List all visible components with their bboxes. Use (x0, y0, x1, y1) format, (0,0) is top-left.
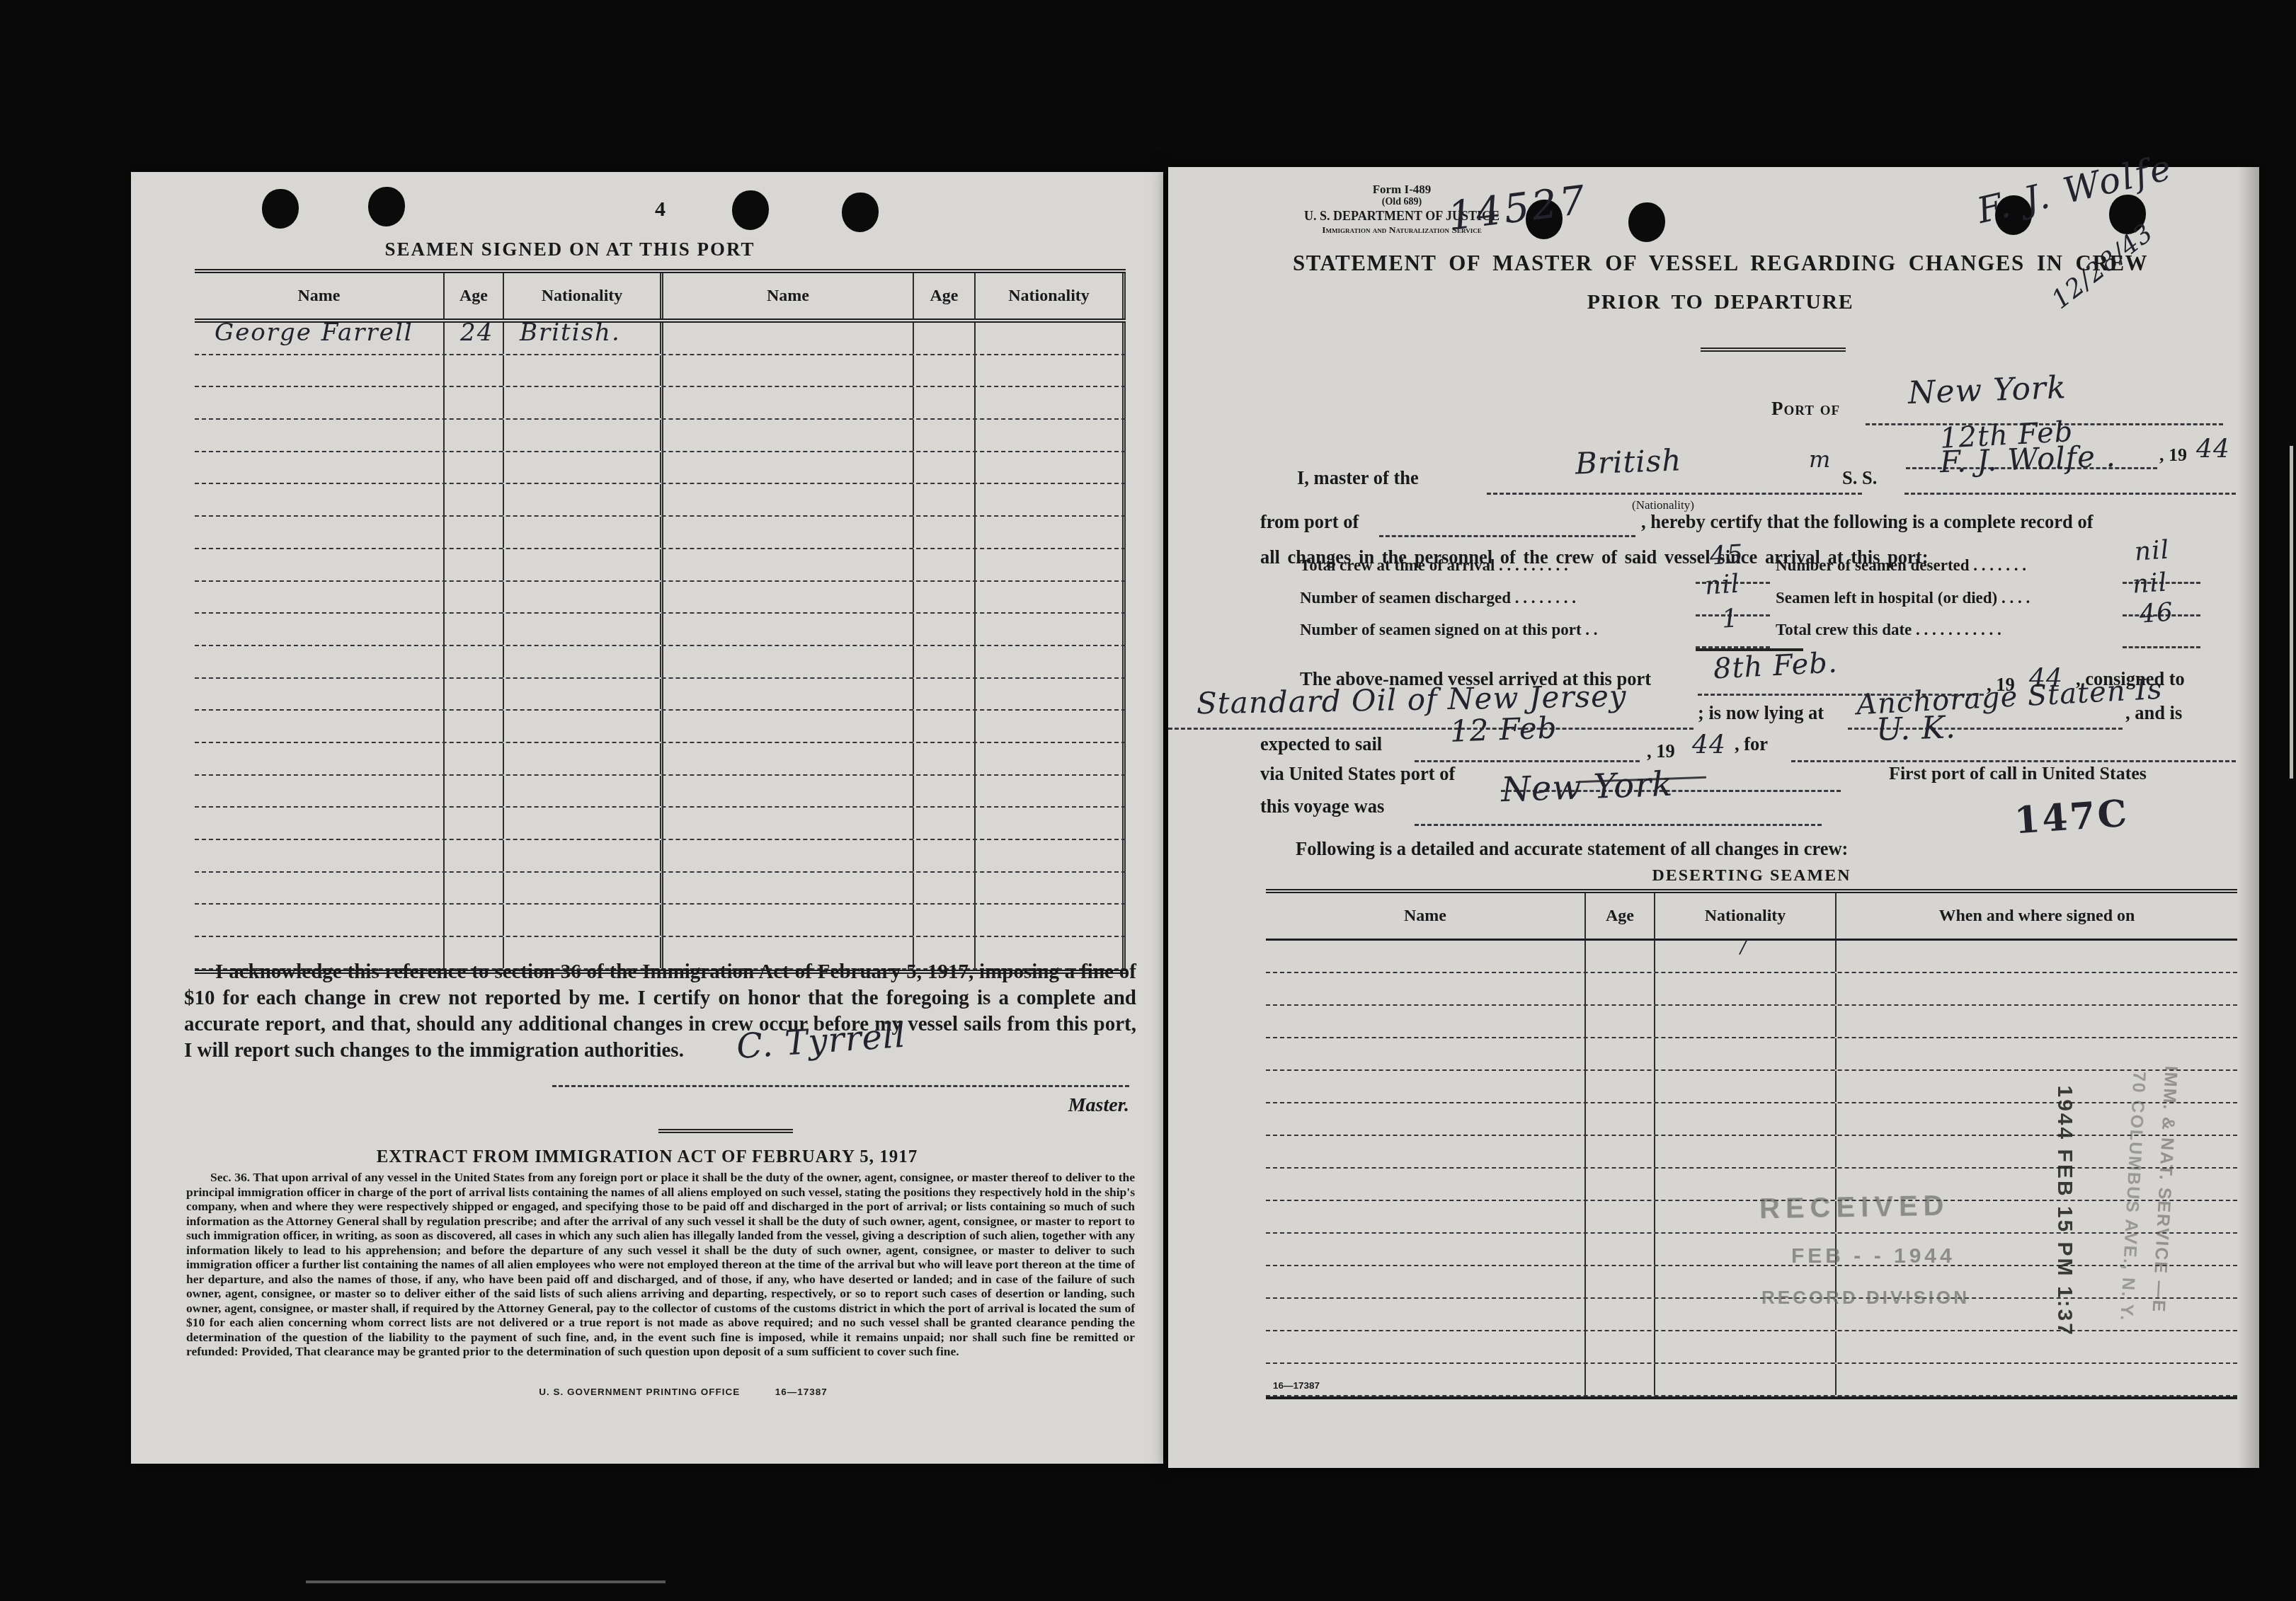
table-cell (914, 711, 976, 742)
table-cell (976, 905, 1126, 936)
port-of-handwriting: New York (1907, 369, 2067, 411)
table-cell (1586, 1266, 1655, 1297)
top-right-name-handwriting: F. J. Wolfe (1973, 147, 2177, 231)
table-cell (914, 420, 976, 451)
table-cell (976, 355, 1126, 386)
table-cell (195, 452, 445, 483)
voyage-line (1415, 824, 1822, 826)
table-cell (195, 905, 445, 936)
master-of-label: I, master of the (1297, 467, 1419, 489)
table-cell (195, 582, 445, 613)
column-header-age-2: Age (914, 273, 976, 319)
table-cell (1837, 1038, 2237, 1069)
column-header-name: Name (195, 273, 445, 319)
table-cell (976, 743, 1126, 774)
table-cell (663, 776, 914, 807)
column-header-nationality-2: Nationality (976, 273, 1126, 319)
table-cell (445, 873, 504, 904)
table-cell (1586, 1169, 1655, 1200)
stat-value-handwriting: 46 (2139, 597, 2175, 629)
table-cell (914, 614, 976, 645)
table-cell (445, 679, 504, 710)
table-cell (445, 452, 504, 483)
following-statement-text: Following is a detailed and accurate sta… (1296, 838, 1848, 860)
column-header-nationality: Nationality (504, 273, 663, 319)
table-cell (1586, 1234, 1655, 1265)
table-row (1266, 1103, 2237, 1136)
nationality-line (1487, 493, 1862, 495)
table-row (195, 840, 1126, 873)
table-cell (976, 484, 1126, 515)
scanned-document: 4 SEAMEN SIGNED ON AT THIS PORT Name Age… (0, 0, 2296, 1601)
table-cell (1837, 1006, 2237, 1037)
table-row (1266, 1136, 2237, 1169)
table-cell (504, 873, 663, 904)
table-cell (504, 905, 663, 936)
table-row (195, 646, 1126, 679)
extract-heading: EXTRACT FROM IMMIGRATION ACT OF FEBRUARY… (131, 1147, 1163, 1167)
table-cell (504, 549, 663, 580)
table-cell (1655, 1038, 1837, 1069)
table-cell (1655, 1364, 1837, 1395)
sail-date-handwriting: 12 Feb (1449, 710, 1558, 748)
consignee-line (1168, 728, 1694, 730)
table-cell (1266, 1169, 1586, 1200)
destination-line (1791, 760, 2236, 762)
table-row (195, 420, 1126, 452)
table-cell (663, 840, 914, 871)
table-cell (914, 387, 976, 418)
table-cell (445, 484, 504, 515)
table-cell (1266, 1331, 1586, 1362)
table-cell (445, 420, 504, 451)
left-page-title: SEAMEN SIGNED ON AT THIS PORT (216, 239, 924, 260)
received-stamp-line1: RECEIVED (1759, 1190, 1950, 1226)
table-cell (976, 517, 1126, 548)
table-row (1266, 1169, 2237, 1201)
table-cell (1655, 1331, 1837, 1362)
table-row (195, 711, 1126, 743)
table-cell (504, 582, 663, 613)
for-label: , for (1735, 733, 1768, 755)
stat-value-handwriting: 45 (1709, 539, 1745, 570)
form-title-line2: PRIOR TO DEPARTURE (1218, 290, 2223, 314)
table-row (1266, 1201, 2237, 1234)
table-cell: 24 (445, 323, 504, 354)
table-cell (195, 420, 445, 451)
table-cell (445, 840, 504, 871)
table-cell (1586, 1038, 1655, 1069)
table-cell (976, 582, 1126, 613)
table-row (195, 905, 1126, 937)
table-cell (976, 840, 1126, 871)
table-cell (1266, 973, 1586, 1004)
from-port-label: from port of (1260, 511, 1359, 533)
section-divider (658, 1129, 793, 1133)
table-cell (663, 582, 914, 613)
table-cell (445, 549, 504, 580)
table-cell (663, 873, 914, 904)
column-header-signed-on: When and where signed on (1837, 893, 2237, 939)
table-cell (914, 905, 976, 936)
table-cell (976, 387, 1126, 418)
voyage-label: this voyage was (1260, 796, 1384, 817)
table-cell (1586, 1299, 1655, 1330)
table-cell (445, 517, 504, 548)
first-port-handwriting: New York (1500, 764, 1674, 810)
table-cell (195, 484, 445, 515)
column-header-age: Age (445, 273, 504, 319)
table-cell (504, 484, 663, 515)
stat-label: Number of seamen deserted . . . . . . . (1776, 556, 2026, 575)
table-cell (1266, 1038, 1586, 1069)
page-number: 4 (655, 197, 666, 222)
consignee-handwriting: Standard Oil of New Jersey (1196, 679, 1627, 721)
table-row (1266, 1299, 2237, 1331)
table-cell (445, 355, 504, 386)
table-cell (1586, 973, 1655, 1004)
year-prefix: , 19 (2159, 444, 2187, 466)
certify-text: , hereby certify that the following is a… (1641, 511, 2094, 533)
table-cell (1655, 973, 1837, 1004)
table-header-row: Name Age Nationality When and where sign… (1266, 893, 2237, 941)
table-cell (195, 646, 445, 677)
table-cell (663, 549, 914, 580)
table-cell (1586, 1201, 1655, 1232)
table-cell (504, 711, 663, 742)
table-cell (445, 711, 504, 742)
table-cell (1837, 941, 2237, 972)
column-header-nationality: Nationality (1655, 893, 1837, 939)
table-cell (663, 517, 914, 548)
received-stamp-line2: FEB - - 1944 (1791, 1244, 1955, 1268)
table-cell (663, 484, 914, 515)
table-cell (976, 420, 1126, 451)
table-cell (504, 808, 663, 839)
table-cell (1837, 1331, 2237, 1362)
table-cell (195, 355, 445, 386)
year-handwriting: 44 (2196, 435, 2230, 464)
column-header-age: Age (1586, 893, 1655, 939)
sail-date-line (1415, 760, 1640, 762)
table-cell: George Farrell (195, 323, 445, 354)
table-cell (1586, 1006, 1655, 1037)
table-row (1266, 1006, 2237, 1038)
table-row: / (1266, 941, 2237, 973)
sail-year-handwriting: 44 (1692, 730, 1726, 759)
code-147c-handwriting: 147C (2013, 791, 2130, 842)
scan-artifact (306, 1580, 666, 1583)
table-cell (195, 614, 445, 645)
table-row: George Farrell24British. (195, 323, 1126, 355)
table-cell (1837, 1364, 2237, 1395)
table-cell (914, 582, 976, 613)
signature-line (552, 1085, 1129, 1087)
table-cell (445, 614, 504, 645)
table-cell (1586, 941, 1655, 972)
table-cell (663, 387, 914, 418)
table-cell (504, 387, 663, 418)
table-row (195, 355, 1126, 388)
stat-value-handwriting: 1 (1721, 604, 1740, 634)
table-cell (1266, 1201, 1586, 1232)
page-edge-shadow (2238, 167, 2259, 1468)
table-cell (1266, 1299, 1586, 1330)
table-cell (914, 549, 976, 580)
table-row (1266, 1038, 2237, 1071)
table-cell (1266, 1071, 1586, 1102)
column-header-name: Name (1266, 893, 1586, 939)
table-cell (1655, 1071, 1837, 1102)
lying-at-label: ; is now lying at (1698, 702, 1824, 724)
table-row (195, 549, 1126, 582)
table-row (195, 614, 1126, 646)
table-cell (1266, 1103, 1586, 1135)
table-row (195, 484, 1126, 517)
table-cell: British. (504, 323, 663, 354)
table-row (195, 776, 1126, 808)
table-row (195, 873, 1126, 905)
table-cell (976, 549, 1126, 580)
title-underline (1701, 348, 1846, 352)
table-cell (663, 808, 914, 839)
table-cell (1266, 941, 1586, 972)
table-cell (914, 873, 976, 904)
table-cell (1586, 1103, 1655, 1135)
first-port-label: First port of call in United States (1889, 763, 2147, 784)
table-cell (195, 517, 445, 548)
table-cell (914, 743, 976, 774)
table-cell (914, 776, 976, 807)
punch-hole (262, 189, 299, 229)
nationality-handwriting: British (1575, 442, 1682, 481)
table-cell (663, 711, 914, 742)
deserting-seamen-heading: DESERTING SEAMEN (1266, 866, 2237, 885)
vessel-line (1904, 493, 2236, 495)
table-row (1266, 1331, 2237, 1364)
table-body: / (1266, 941, 2237, 1399)
table-cell (976, 452, 1126, 483)
nationality-sublabel: (Nationality) (1632, 498, 1694, 512)
sail-year-prefix: , 19 (1647, 740, 1675, 762)
table-cell (663, 452, 914, 483)
table-cell (504, 646, 663, 677)
table-cell (663, 614, 914, 645)
table-cell (504, 743, 663, 774)
table-cell (445, 582, 504, 613)
table-row (1266, 1364, 2237, 1396)
table-row (1266, 1071, 2237, 1103)
table-cell (445, 905, 504, 936)
punch-hole (1628, 202, 1665, 242)
right-page: Form I-489 (Old 689) U. S. DEPARTMENT OF… (1168, 167, 2259, 1468)
table-cell (195, 743, 445, 774)
printing-office-footer: U. S. GOVERNMENT PRINTING OFFICE 16—1738… (435, 1387, 931, 1397)
table-cell (445, 808, 504, 839)
punch-hole (732, 190, 769, 230)
scan-artifact (2290, 446, 2293, 779)
table-cell (504, 355, 663, 386)
table-cell (445, 646, 504, 677)
table-cell (1266, 1234, 1586, 1265)
acknowledgment-paragraph: I acknowledge this reference to section … (184, 959, 1136, 1064)
stat-label: Number of seamen discharged . . . . . . … (1300, 589, 1576, 607)
deserting-seamen-table: Name Age Nationality When and where sign… (1266, 889, 2237, 1399)
table-cell (1266, 1266, 1586, 1297)
form-title-line1: STATEMENT OF MASTER OF VESSEL REGARDING … (1218, 251, 2223, 276)
vessel-name-handwriting: F. J. Wolfe . (1939, 439, 2116, 480)
table-cell (976, 614, 1126, 645)
table-cell (195, 679, 445, 710)
table-cell (976, 711, 1126, 742)
table-header-row: Name Age Nationality Name Age Nationalit… (195, 273, 1126, 323)
expected-sail-label: expected to sail (1260, 733, 1382, 755)
table-cell (504, 776, 663, 807)
stat-value-handwriting: nil (2134, 535, 2171, 566)
table-cell: / (1655, 941, 1837, 972)
table-cell (195, 711, 445, 742)
table-cell (1266, 1006, 1586, 1037)
table-cell (663, 679, 914, 710)
table-cell (914, 808, 976, 839)
table-cell (976, 776, 1126, 807)
column-header-name-2: Name (663, 273, 914, 319)
table-cell (1586, 1071, 1655, 1102)
table-cell (914, 484, 976, 515)
table-cell (663, 743, 914, 774)
table-body: George Farrell24British. (195, 323, 1126, 974)
table-cell (914, 646, 976, 677)
table-cell (445, 387, 504, 418)
table-cell (195, 776, 445, 807)
table-cell (1586, 1364, 1655, 1395)
arrival-date-handwriting: 8th Feb. (1713, 646, 1839, 685)
table-row (1266, 973, 2237, 1006)
table-cell (195, 873, 445, 904)
punch-hole (368, 187, 405, 226)
seamen-signed-on-table: Name Age Nationality Name Age Nationalit… (195, 269, 1126, 974)
table-cell (914, 679, 976, 710)
entry-age-handwriting: 24 (460, 319, 493, 347)
printing-office-label: U. S. GOVERNMENT PRINTING OFFICE (539, 1387, 740, 1397)
table-row (1266, 1266, 2237, 1299)
table-cell (1655, 1006, 1837, 1037)
table-cell (976, 679, 1126, 710)
table-cell (1655, 1103, 1837, 1135)
table-cell (976, 323, 1126, 354)
table-cell (195, 549, 445, 580)
table-row (195, 517, 1126, 549)
table-row (195, 808, 1126, 840)
row-mark-handwriting: / (1740, 936, 1748, 958)
table-cell (1586, 1136, 1655, 1167)
time-received-stamp: 1944 FEB 15 PM 1:37 (2052, 1086, 2077, 1351)
and-is-label: , and is (2125, 702, 2182, 724)
entry-name-handwriting: George Farrell (215, 319, 413, 347)
table-cell (976, 873, 1126, 904)
from-port-line-rule (1379, 535, 1635, 537)
table-cell (914, 323, 976, 354)
table-cell (1266, 1136, 1586, 1167)
table-cell (504, 679, 663, 710)
entry-nationality-handwriting: British. (520, 319, 621, 347)
table-cell (976, 646, 1126, 677)
table-cell (663, 646, 914, 677)
stat-label: Total crew at time of arrival . . . . . … (1300, 556, 1568, 575)
table-cell (1655, 1136, 1837, 1167)
table-row (195, 582, 1126, 614)
table-cell (663, 355, 914, 386)
table-cell (195, 387, 445, 418)
left-page: 4 SEAMEN SIGNED ON AT THIS PORT Name Age… (131, 172, 1163, 1464)
table-row (1266, 1234, 2237, 1266)
stat-value-line (2123, 646, 2200, 648)
received-stamp-line3: RECORD DIVISION (1761, 1287, 1970, 1309)
stat-label: Number of seamen signed on at this port … (1300, 621, 1598, 639)
table-cell (504, 614, 663, 645)
sec36-paragraph: Sec. 36. That upon arrival of any vessel… (186, 1170, 1135, 1359)
table-row (195, 743, 1126, 776)
table-row (195, 452, 1126, 485)
table-cell (663, 905, 914, 936)
table-cell (504, 420, 663, 451)
form-number-footer: 16—17387 (1273, 1380, 1320, 1391)
stat-label: Total crew this date . . . . . . . . . .… (1776, 621, 2001, 639)
punch-hole (842, 193, 879, 232)
form-number: 16—17387 (775, 1387, 828, 1397)
table-cell (445, 743, 504, 774)
ms-correction-handwriting: m (1809, 446, 1831, 473)
table-cell (195, 840, 445, 871)
table-cell (663, 420, 914, 451)
table-cell (504, 452, 663, 483)
table-cell (914, 840, 976, 871)
table-cell (195, 808, 445, 839)
table-cell (663, 323, 914, 354)
destination-handwriting: U. K. (1875, 709, 1957, 748)
table-row (195, 387, 1126, 420)
stat-label: Seamen left in hospital (or died) . . . … (1776, 589, 2030, 607)
stat-value-handwriting: nil (2132, 568, 2169, 599)
via-port-label: via United States port of (1260, 763, 1455, 785)
stat-value-handwriting: nil (1704, 569, 1741, 600)
table-cell (445, 776, 504, 807)
ss-label: S. S. (1842, 467, 1877, 489)
table-cell (914, 452, 976, 483)
port-of-label: Port of (1771, 398, 1840, 420)
table-cell (914, 355, 976, 386)
table-cell (914, 517, 976, 548)
table-cell (504, 517, 663, 548)
table-cell (504, 840, 663, 871)
master-role-label: Master. (952, 1094, 1129, 1117)
table-row (195, 679, 1126, 711)
table-cell (976, 808, 1126, 839)
table-cell (1586, 1331, 1655, 1362)
table-cell (1837, 973, 2237, 1004)
